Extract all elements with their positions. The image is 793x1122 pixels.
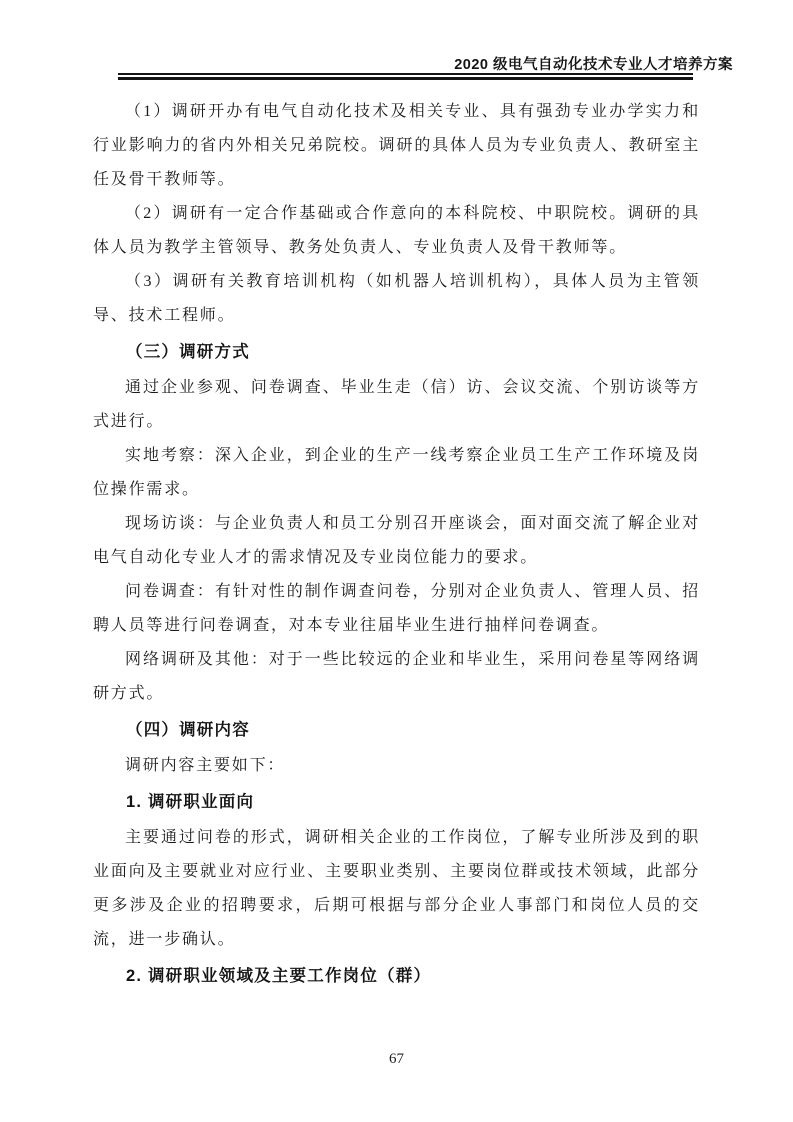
paragraph-content-intro: 调研内容主要如下： xyxy=(93,749,700,783)
paragraph-method-overview: 通过企业参观、问卷调查、毕业生走（信）访、会议交流、个别访谈等方式进行。 xyxy=(93,371,700,439)
document-body: （1）调研开办有电气自动化技术及相关专业、具有强劲专业办学实力和行业影响力的省内… xyxy=(93,95,700,995)
paragraph-onsite-interview: 现场访谈：与企业负责人和员工分别召开座谈会，面对面交流了解企业对电气自动化专业人… xyxy=(93,507,700,575)
page-number: 67 xyxy=(389,1051,404,1067)
page-footer: 67 xyxy=(0,1051,793,1068)
paragraph-survey-item-2: （2）调研有一定合作基础或合作意向的本科院校、中职院校。调研的具体人员为教学主管… xyxy=(93,197,700,265)
paragraph-field-visit: 实地考察：深入企业，到企业的生产一线考察企业员工生产工作环境及岗位操作需求。 xyxy=(93,439,700,507)
paragraph-survey-item-3: （3）调研有关教育培训机构（如机器人培训机构），具体人员为主管领导、技术工程师。 xyxy=(93,265,700,333)
sub-heading-career-field: 2. 调研职业领域及主要工作岗位（群） xyxy=(93,959,700,993)
paragraph-career-orientation-detail: 主要通过问卷的形式，调研相关企业的工作岗位，了解专业所涉及到的职业面向及主要就业… xyxy=(93,821,700,957)
section-heading-survey-method: （三）调研方式 xyxy=(93,335,700,369)
paragraph-online-survey: 网络调研及其他：对于一些比较远的企业和毕业生，采用问卷星等网络调研方式。 xyxy=(93,643,700,711)
paragraph-survey-item-1: （1）调研开办有电气自动化技术及相关专业、具有强劲专业办学实力和行业影响力的省内… xyxy=(93,95,700,197)
section-heading-survey-content: （四）调研内容 xyxy=(93,713,700,747)
sub-heading-career-orientation: 1. 调研职业面向 xyxy=(93,785,700,819)
document-page: 2020 级电气自动化技术专业人才培养方案 （1）调研开办有电气自动化技术及相关… xyxy=(0,0,793,1122)
paragraph-questionnaire: 问卷调查：有针对性的制作调查问卷，分别对企业负责人、管理人员、招聘人员等进行问卷… xyxy=(93,575,700,643)
header-title: 2020 级电气自动化技术专业人才培养方案 xyxy=(454,53,733,74)
header-rule xyxy=(118,73,693,80)
